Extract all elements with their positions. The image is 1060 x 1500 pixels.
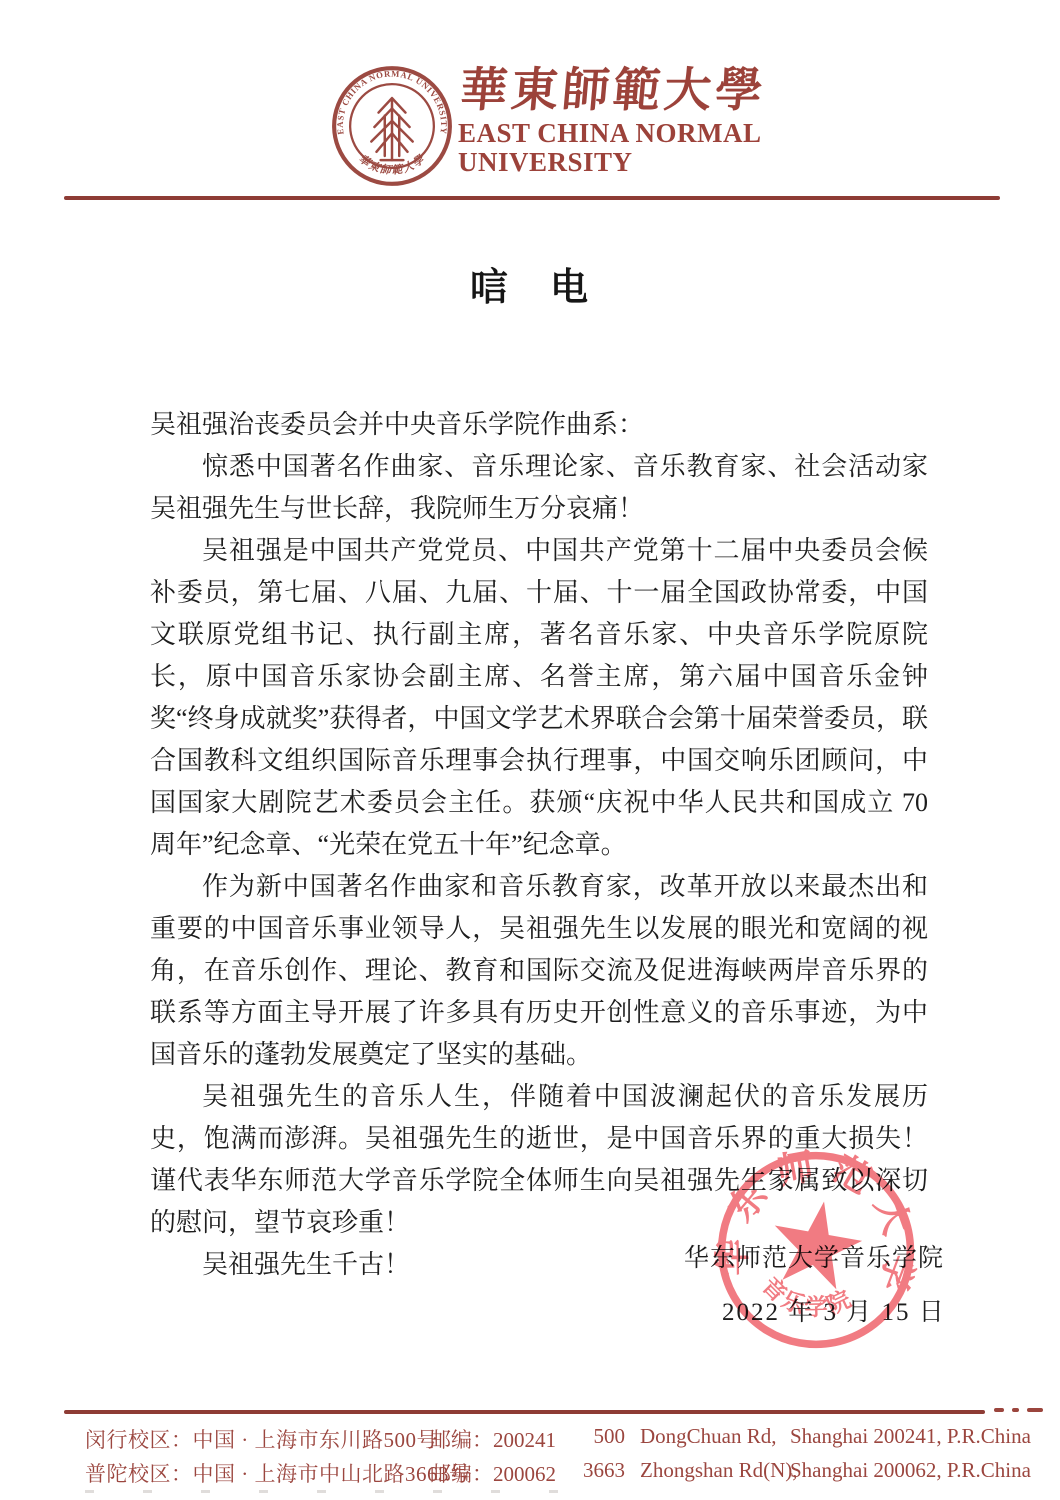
- street-number-en: 3663: [575, 1458, 625, 1483]
- footer-rule-dash: [1012, 1408, 1019, 1412]
- svg-text:音乐学院: 音乐学院: [753, 1269, 862, 1330]
- campus-address-cn: 普陀校区：中国 · 上海市中山北路3663号: [85, 1458, 471, 1488]
- city-country-en: Shanghai 200062, P.R.China: [790, 1458, 1031, 1483]
- footer-rule-dash: [994, 1408, 1004, 1412]
- university-name-cn: 華東師範大學: [458, 66, 768, 116]
- footer-rule-dash: [1027, 1408, 1043, 1412]
- university-name-en-line1: EAST CHINA NORMAL: [458, 119, 764, 148]
- city-country-en: Shanghai 200241, P.R.China: [790, 1424, 1031, 1449]
- seal-bottom-text: 音乐学院: [753, 1269, 862, 1330]
- footer-row-putuo: 普陀校区：中国 · 上海市中山北路3663号 邮编：200062 3663 Zh…: [0, 1458, 1060, 1490]
- official-seal-stamp-icon: 华东师范大学 音乐学院: [712, 1146, 920, 1354]
- street-number-en: 500: [575, 1424, 625, 1449]
- university-name-en-line2: UNIVERSITY: [458, 148, 764, 177]
- logo-pine-tree-icon: [371, 98, 412, 160]
- paragraph: 吴祖强是中国共产党党员、中国共产党第十二届中央委员会候补委员，第七届、八届、九届…: [150, 530, 928, 866]
- postal-code: 邮编：200062: [430, 1458, 556, 1488]
- seal-star-icon: [766, 1194, 868, 1293]
- letter-title: 唁 电: [0, 256, 1060, 311]
- header-rule: [64, 196, 1000, 200]
- road-name-en: DongChuan Rd,: [640, 1424, 777, 1449]
- letter-page: EAST CHINA NORMAL UNIVERSITY 華東師範大學 華東師範…: [0, 0, 1060, 1500]
- campus-address-cn: 闵行校区：中国 · 上海市东川路500号: [85, 1424, 438, 1454]
- university-logo-icon: EAST CHINA NORMAL UNIVERSITY 華東師範大學: [330, 64, 454, 188]
- paragraph: 惊悉中国著名作曲家、音乐理论家、音乐教育家、社会活动家吴祖强先生与世长辞，我院师…: [150, 446, 928, 530]
- footer-row-minhang: 闵行校区：中国 · 上海市东川路500号 邮编：200241 500 DongC…: [0, 1424, 1060, 1456]
- university-brand: 華東師範大學 EAST CHINA NORMAL UNIVERSITY: [458, 66, 764, 177]
- footer-rule: [64, 1410, 985, 1414]
- scan-artifact-dashes: [85, 1490, 605, 1493]
- road-name-en: Zhongshan Rd(N),: [640, 1458, 797, 1483]
- paragraph: 作为新中国著名作曲家和音乐教育家，改革开放以来最杰出和重要的中国音乐事业领导人，…: [150, 866, 928, 1076]
- postal-code: 邮编：200241: [430, 1424, 556, 1454]
- salutation: 吴祖强治丧委员会并中央音乐学院作曲系：: [150, 404, 928, 446]
